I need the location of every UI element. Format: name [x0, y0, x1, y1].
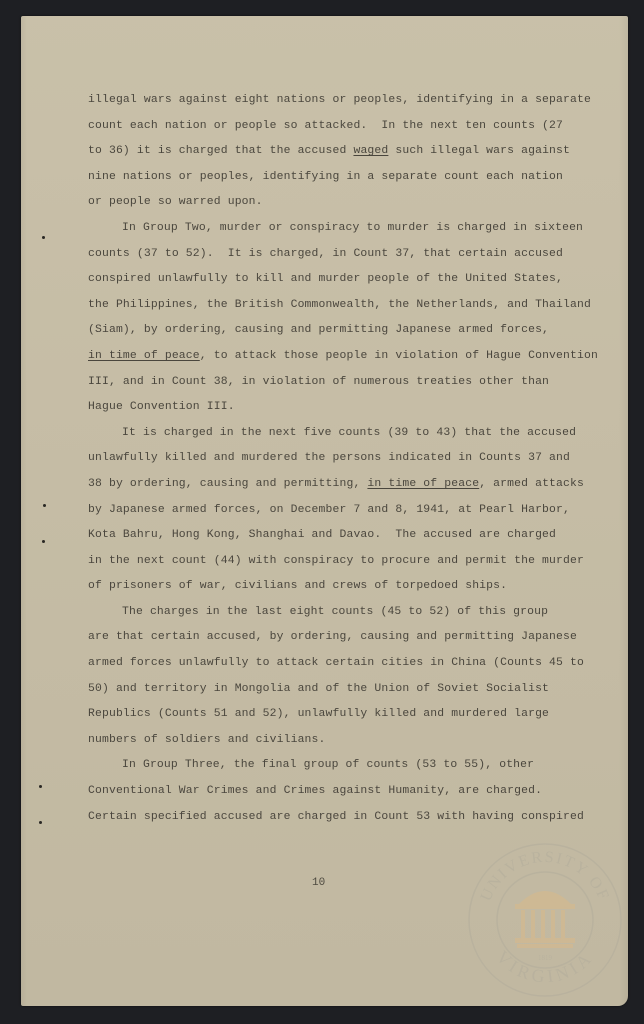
paragraph-start-line: In Group Two, murder or conspiracy to mu… [88, 218, 568, 244]
text-line: or people so warred upon. [88, 192, 568, 218]
text-line: conspired unlawfully to kill and murder … [88, 269, 568, 295]
page-number: 10 [312, 877, 325, 889]
text-line: Hague Convention III. [88, 397, 568, 423]
underlined-phrase: in time of peace [367, 478, 479, 490]
text-line: numbers of soldiers and civilians. [88, 730, 568, 756]
text-line: illegal wars against eight nations or pe… [88, 90, 568, 116]
text-line: nine nations or peoples, identifying in … [88, 167, 568, 193]
text-segment: , to attack those people in violation of… [200, 350, 598, 362]
text-line: by Japanese armed forces, on December 7 … [88, 500, 568, 526]
text-line: 38 by ordering, causing and permitting, … [88, 474, 568, 500]
text-line: are that certain accused, by ordering, c… [88, 627, 568, 653]
text-line: Certain specified accused are charged in… [88, 807, 568, 833]
text-line: III, and in Count 38, in violation of nu… [88, 372, 568, 398]
margin-hole-mark [43, 504, 46, 507]
underlined-word: waged [353, 145, 388, 157]
university-seal-watermark: UNIVERSITY OF VIRGINIA 1819 [465, 840, 625, 1000]
text-line: Kota Bahru, Hong Kong, Shanghai and Dava… [88, 525, 568, 551]
paragraph-start-line: It is charged in the next five counts (3… [88, 423, 568, 449]
text-line: Republics (Counts 51 and 52), unlawfully… [88, 704, 568, 730]
text-segment: , armed attacks [479, 478, 584, 490]
text-segment: to 36) it is charged that the accused [88, 145, 353, 157]
paragraph-start-line: The charges in the last eight counts (45… [88, 602, 568, 628]
text-line: Conventional War Crimes and Crimes again… [88, 781, 568, 807]
margin-hole-mark [42, 540, 45, 543]
margin-hole-mark [39, 785, 42, 788]
text-line: counts (37 to 52). It is charged, in Cou… [88, 244, 568, 270]
text-line: (Siam), by ordering, causing and permitt… [88, 320, 568, 346]
svg-text:VIRGINIA: VIRGINIA [492, 947, 597, 987]
text-line: in time of peace, to attack those people… [88, 346, 568, 372]
rotunda-icon [515, 891, 575, 948]
document-body: illegal wars against eight nations or pe… [88, 90, 568, 832]
margin-hole-mark [42, 236, 45, 239]
text-line: to 36) it is charged that the accused wa… [88, 141, 568, 167]
text-line: of prisoners of war, civilians and crews… [88, 576, 568, 602]
text-line: count each nation or people so attacked.… [88, 116, 568, 142]
text-line: armed forces unlawfully to attack certai… [88, 653, 568, 679]
text-segment: 38 by ordering, causing and permitting, [88, 478, 367, 490]
text-line: the Philippines, the British Commonwealt… [88, 295, 568, 321]
margin-hole-mark [39, 821, 42, 824]
text-line: unlawfully killed and murdered the perso… [88, 448, 568, 474]
text-segment: such illegal wars against [388, 145, 570, 157]
seal-bottom-text: VIRGINIA [492, 947, 597, 987]
underlined-phrase: in time of peace [88, 350, 200, 362]
seal-year: 1819 [538, 954, 553, 962]
text-line: 50) and territory in Mongolia and of the… [88, 679, 568, 705]
text-line: in the next count (44) with conspiracy t… [88, 551, 568, 577]
paragraph-start-line: In Group Three, the final group of count… [88, 755, 568, 781]
